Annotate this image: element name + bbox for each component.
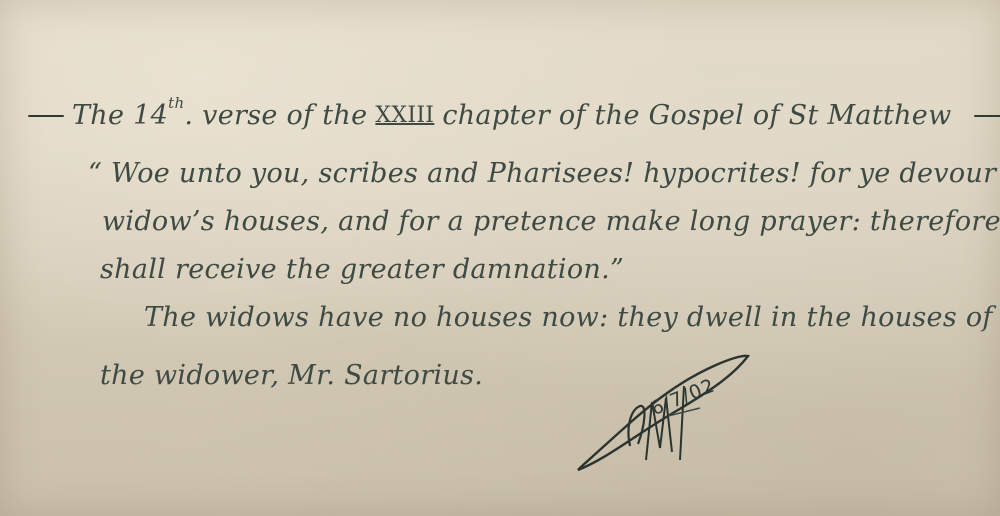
chapter-numeral: XXIII — [375, 103, 434, 128]
ordinal-suffix: th — [168, 94, 184, 112]
handwritten-card: The 14th. verse of the XXIII chapter of … — [0, 0, 1000, 516]
heading-rest: chapter of the Gospel of St Matthew — [442, 100, 951, 131]
heading-line: The 14th. verse of the XXIII chapter of … — [28, 100, 1000, 131]
heading-prefix: The 14th. verse of the — [72, 100, 367, 131]
left-rule — [28, 115, 64, 117]
quote-line-2: widow’s houses, and for a pretence make … — [102, 206, 1000, 237]
right-rule — [974, 115, 1000, 117]
comment-line-1: The widows have no houses now: they dwel… — [144, 302, 993, 333]
comment-line-2: the widower, Mr. Sartorius. — [100, 360, 483, 391]
quote-line-1: “ Woe unto you, scribes and Pharisees! h… — [88, 158, 996, 189]
quote-line-3: shall receive the greater damnation.” — [100, 254, 624, 285]
